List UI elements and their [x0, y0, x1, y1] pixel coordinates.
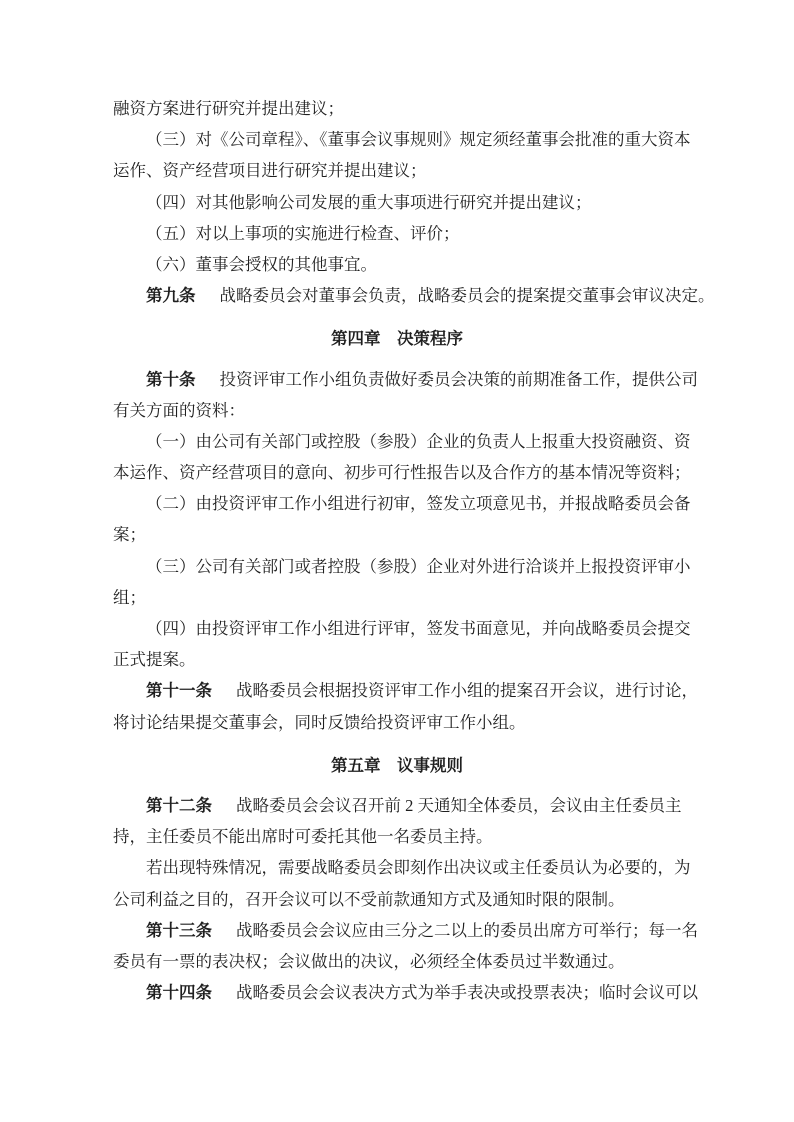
chapter-heading: 第五章 议事规则	[113, 750, 681, 781]
text-line: 委员有一票的表决权；会议做出的决议，必须经全体委员过半数通过。	[113, 946, 681, 977]
article-number: 第十四条	[146, 983, 212, 1002]
text-line: 正式提案。	[113, 644, 681, 675]
article-number: 第九条	[146, 286, 196, 305]
text-line-content: 案；	[113, 525, 146, 544]
chapter-heading-text: 第五章 议事规则	[331, 756, 463, 775]
text-line-content: 战略委员会会议召开前 2 天通知全体委员，会议由主任委员主	[236, 796, 682, 815]
text-line-content: 若出现特殊情况，需要战略委员会即刻作出决议或主任委员认为必要的，为	[146, 858, 691, 877]
text-line: 有关方面的资料：	[113, 395, 681, 426]
text-line: 第十条投资评审工作小组负责做好委员会决策的前期准备工作，提供公司	[113, 364, 681, 395]
text-line: 若出现特殊情况，需要战略委员会即刻作出决议或主任委员认为必要的，为	[113, 852, 681, 883]
text-line-content: 有关方面的资料：	[113, 401, 245, 420]
text-line-content: 投资评审工作小组负责做好委员会决策的前期准备工作，提供公司	[220, 370, 699, 389]
text-line: 本运作、资产经营项目的意向、初步可行性报告以及合作方的基本情况等资料；	[113, 457, 681, 488]
text-line: （四）由投资评审工作小组进行评审，签发书面意见，并向战略委员会提交	[113, 613, 681, 644]
text-line: 第十一条战略委员会根据投资评审工作小组的提案召开会议，进行讨论，	[113, 675, 681, 706]
article-number: 第十条	[146, 370, 196, 389]
text-line: 第九条战略委员会对董事会负责，战略委员会的提案提交董事会审议决定。	[113, 280, 681, 311]
text-line: 融资方案进行研究并提出建议；	[113, 93, 681, 124]
text-line-content: 融资方案进行研究并提出建议；	[113, 99, 344, 118]
text-line-content: 战略委员会对董事会负责，战略委员会的提案提交董事会审议决定。	[220, 286, 715, 305]
text-line: 运作、资产经营项目进行研究并提出建议；	[113, 155, 681, 186]
text-line: 第十二条战略委员会会议召开前 2 天通知全体委员，会议由主任委员主	[113, 790, 681, 821]
text-line: （二）由投资评审工作小组进行初审，签发立项意见书，并报战略委员会备	[113, 488, 681, 519]
text-line: 组；	[113, 582, 681, 613]
article-number: 第十一条	[146, 681, 212, 700]
text-line-content: （五）对以上事项的实施进行检查、评价；	[146, 224, 460, 243]
text-line-content: 战略委员会根据投资评审工作小组的提案召开会议，进行讨论，	[236, 681, 698, 700]
text-line-content: 战略委员会会议应由三分之二以上的委员出席方可举行；每一名	[236, 921, 698, 940]
text-line: 第十三条战略委员会会议应由三分之二以上的委员出席方可举行；每一名	[113, 915, 681, 946]
text-line-content: （四）对其他影响公司发展的重大事项进行研究并提出建议；	[146, 193, 592, 212]
text-line: 公司利益之目的，召开会议可以不受前款通知方式及通知时限的限制。	[113, 884, 681, 915]
text-line-content: 将讨论结果提交董事会，同时反馈给投资评审工作小组。	[113, 713, 526, 732]
text-line-content: 组；	[113, 588, 146, 607]
chapter-heading: 第四章 决策程序	[113, 323, 681, 354]
text-line: （三）对《公司章程》、《董事会议事规则》规定须经董事会批准的重大资本	[113, 124, 681, 155]
text-line-content: （四）由投资评审工作小组进行评审，签发书面意见，并向战略委员会提交	[146, 619, 691, 638]
text-line-content: （一）由公司有关部门或控股（参股）企业的负责人上报重大投资融资、资	[146, 432, 691, 451]
text-line: 将讨论结果提交董事会，同时反馈给投资评审工作小组。	[113, 707, 681, 738]
text-line-content: （三）公司有关部门或者控股（参股）企业对外进行洽谈并上报投资评审小	[146, 557, 691, 576]
text-line-content: 委员有一票的表决权；会议做出的决议，必须经全体委员过半数通过。	[113, 952, 625, 971]
text-line-content: 公司利益之目的，召开会议可以不受前款通知方式及通知时限的限制。	[113, 890, 625, 909]
text-line: 持，主任委员不能出席时可委托其他一名委员主持。	[113, 821, 681, 852]
text-line-content: 本运作、资产经营项目的意向、初步可行性报告以及合作方的基本情况等资料；	[113, 463, 691, 482]
document-body: 融资方案进行研究并提出建议；（三）对《公司章程》、《董事会议事规则》规定须经董事…	[113, 93, 681, 1008]
document-page: 融资方案进行研究并提出建议；（三）对《公司章程》、《董事会议事规则》规定须经董事…	[0, 0, 794, 1122]
text-line: （五）对以上事项的实施进行检查、评价；	[113, 218, 681, 249]
text-line: 第十四条战略委员会会议表决方式为举手表决或投票表决；临时会议可以	[113, 977, 681, 1008]
text-line: （三）公司有关部门或者控股（参股）企业对外进行洽谈并上报投资评审小	[113, 551, 681, 582]
text-line-content: （六）董事会授权的其他事宜。	[146, 255, 377, 274]
text-line-content: 战略委员会会议表决方式为举手表决或投票表决；临时会议可以	[236, 983, 698, 1002]
text-line-content: 运作、资产经营项目进行研究并提出建议；	[113, 161, 427, 180]
text-line: 案；	[113, 519, 681, 550]
text-line-content: 持，主任委员不能出席时可委托其他一名委员主持。	[113, 827, 493, 846]
article-number: 第十二条	[146, 796, 212, 815]
text-line: （四）对其他影响公司发展的重大事项进行研究并提出建议；	[113, 187, 681, 218]
text-line-content: （三）对《公司章程》、《董事会议事规则》规定须经董事会批准的重大资本	[146, 130, 691, 149]
text-line-content: 正式提案。	[113, 650, 196, 669]
text-line-content: （二）由投资评审工作小组进行初审，签发立项意见书，并报战略委员会备	[146, 494, 691, 513]
article-number: 第十三条	[146, 921, 212, 940]
text-line: （一）由公司有关部门或控股（参股）企业的负责人上报重大投资融资、资	[113, 426, 681, 457]
chapter-heading-text: 第四章 决策程序	[331, 329, 463, 348]
text-line: （六）董事会授权的其他事宜。	[113, 249, 681, 280]
